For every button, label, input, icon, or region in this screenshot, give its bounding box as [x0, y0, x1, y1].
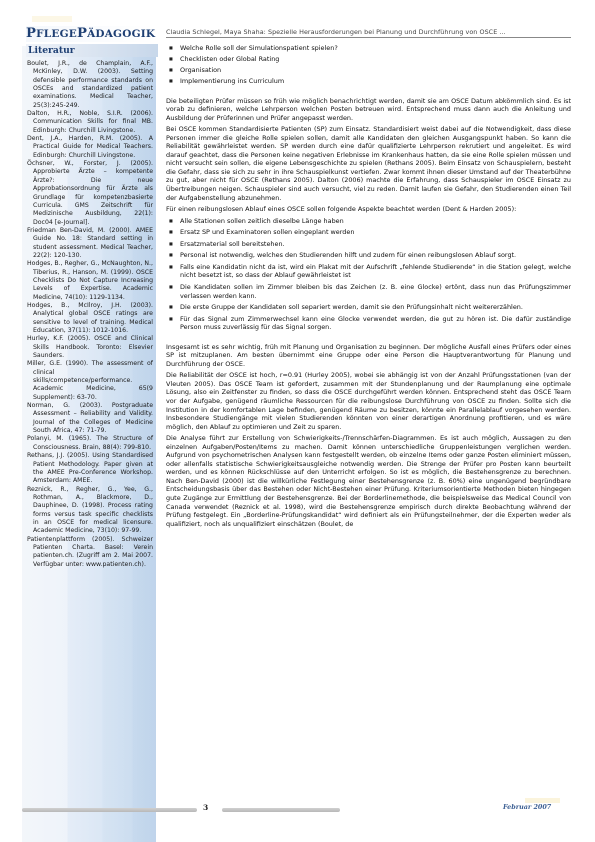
- bullet-item: Die erste Gruppe der Kandidaten soll sep…: [166, 303, 571, 312]
- reference-item: Patientenplattform (2005). Schweizer Pat…: [27, 536, 153, 569]
- logo-letter-p2: P: [77, 26, 87, 41]
- paragraph-reliability: Die Reliabilität der OSCE ist hoch, r=0.…: [166, 371, 571, 431]
- reference-item: Hurley, K.F. (2005). OSCE and Clinical S…: [27, 335, 153, 360]
- bullet-item: Welche Rolle soll der Simulationspatient…: [166, 44, 571, 53]
- reference-item: Miller, G.E. (1990). The assessment of c…: [27, 360, 153, 402]
- paragraph-standardized-patients: Bei OSCE kommen Standardisierte Patiente…: [166, 125, 571, 202]
- reference-item: Boulet, J.R., de Champlain, A.F., McKinl…: [27, 60, 153, 110]
- reference-item: Reznick, R., Regher, G., Yee, G., Rothma…: [27, 486, 153, 536]
- footer-rule-right: [222, 808, 340, 812]
- footer-rule-left: [22, 808, 197, 812]
- bullet-item: Checklisten oder Global Rating: [166, 55, 571, 64]
- spacer: [166, 89, 571, 97]
- question-bullet-list: Welche Rolle soll der Simulationspatient…: [166, 44, 571, 86]
- decorative-highlight: [32, 16, 72, 22]
- reference-item: Hodges, B., McIlroy, J.H. (2003). Analyt…: [27, 302, 153, 335]
- reference-item: Öchsner, W., Forster, J. (2005). Approbi…: [27, 160, 153, 227]
- bullet-item: Alle Stationen sollen zeitlich dieselbe …: [166, 217, 571, 226]
- bullet-item: Ersatzmaterial soll bereitstehen.: [166, 240, 571, 249]
- bullet-item: Falls eine Kandidatin nicht da ist, wird…: [166, 263, 571, 280]
- paragraph-aspects-intro: Für einen reibungslosen Ablauf eines OSC…: [166, 205, 571, 214]
- logo-text-paedagogik: ÄDAGOGIK: [87, 28, 155, 40]
- page-number: 3: [203, 803, 208, 812]
- aspects-bullet-list: Alle Stationen sollen zeitlich dieselbe …: [166, 217, 571, 332]
- paragraph-analysis: Die Analyse führt zur Erstellung von Sch…: [166, 434, 571, 528]
- reference-item: Polanyi, M. (1965). The Structure of Con…: [27, 435, 153, 452]
- main-text-column: Welche Rolle soll der Simulationspatient…: [166, 44, 571, 531]
- logo-letter-p1: P: [26, 26, 36, 41]
- paragraph-examiners: Die beteiligten Prüfer müssen so früh wi…: [166, 97, 571, 123]
- bullet-item: Implementierung ins Curriculum: [166, 77, 571, 86]
- bullet-item: Organisation: [166, 66, 571, 75]
- bullet-item: Für das Signal zum Zimmerwechsel kann ei…: [166, 315, 571, 332]
- journal-logo: PFLEGEPÄDAGOGIK: [26, 26, 156, 42]
- reference-item: Friedman Ben-David, M. (2000). AMEE Guid…: [27, 227, 153, 260]
- bullet-item: Ersatz SP und Examinatoren sollen eingep…: [166, 228, 571, 237]
- logo-text-pflege: FLEGE: [36, 28, 77, 40]
- literature-heading: Literatur: [26, 44, 158, 57]
- reference-item: Dalton, H.R., Noble, S.I.R. (2006). Comm…: [27, 110, 153, 135]
- running-header: Claudia Schlegel, Maya Shaha: Spezielle …: [166, 28, 571, 38]
- issue-date: Februar 2007: [503, 803, 551, 811]
- reference-item: Dent, J.A., Harden, R.M. (2005). A Pract…: [27, 135, 153, 160]
- reference-item: Hodges, B., Regher, G., McNaughton, N., …: [27, 260, 153, 302]
- reference-list: Boulet, J.R., de Champlain, A.F., McKinl…: [27, 60, 153, 569]
- reference-item: Rethans, J.J. (2005). Using Standardised…: [27, 452, 153, 485]
- paragraph-planning: Insgesamt ist es sehr wichtig, früh mit …: [166, 343, 571, 369]
- reference-item: Norman, G. (2003). Postgraduate Assessme…: [27, 402, 153, 435]
- spacer: [166, 335, 571, 343]
- bullet-item: Die Kandidaten sollen im Zimmer bleiben …: [166, 283, 571, 300]
- bullet-item: Personal ist notwendig, welches den Stud…: [166, 251, 571, 260]
